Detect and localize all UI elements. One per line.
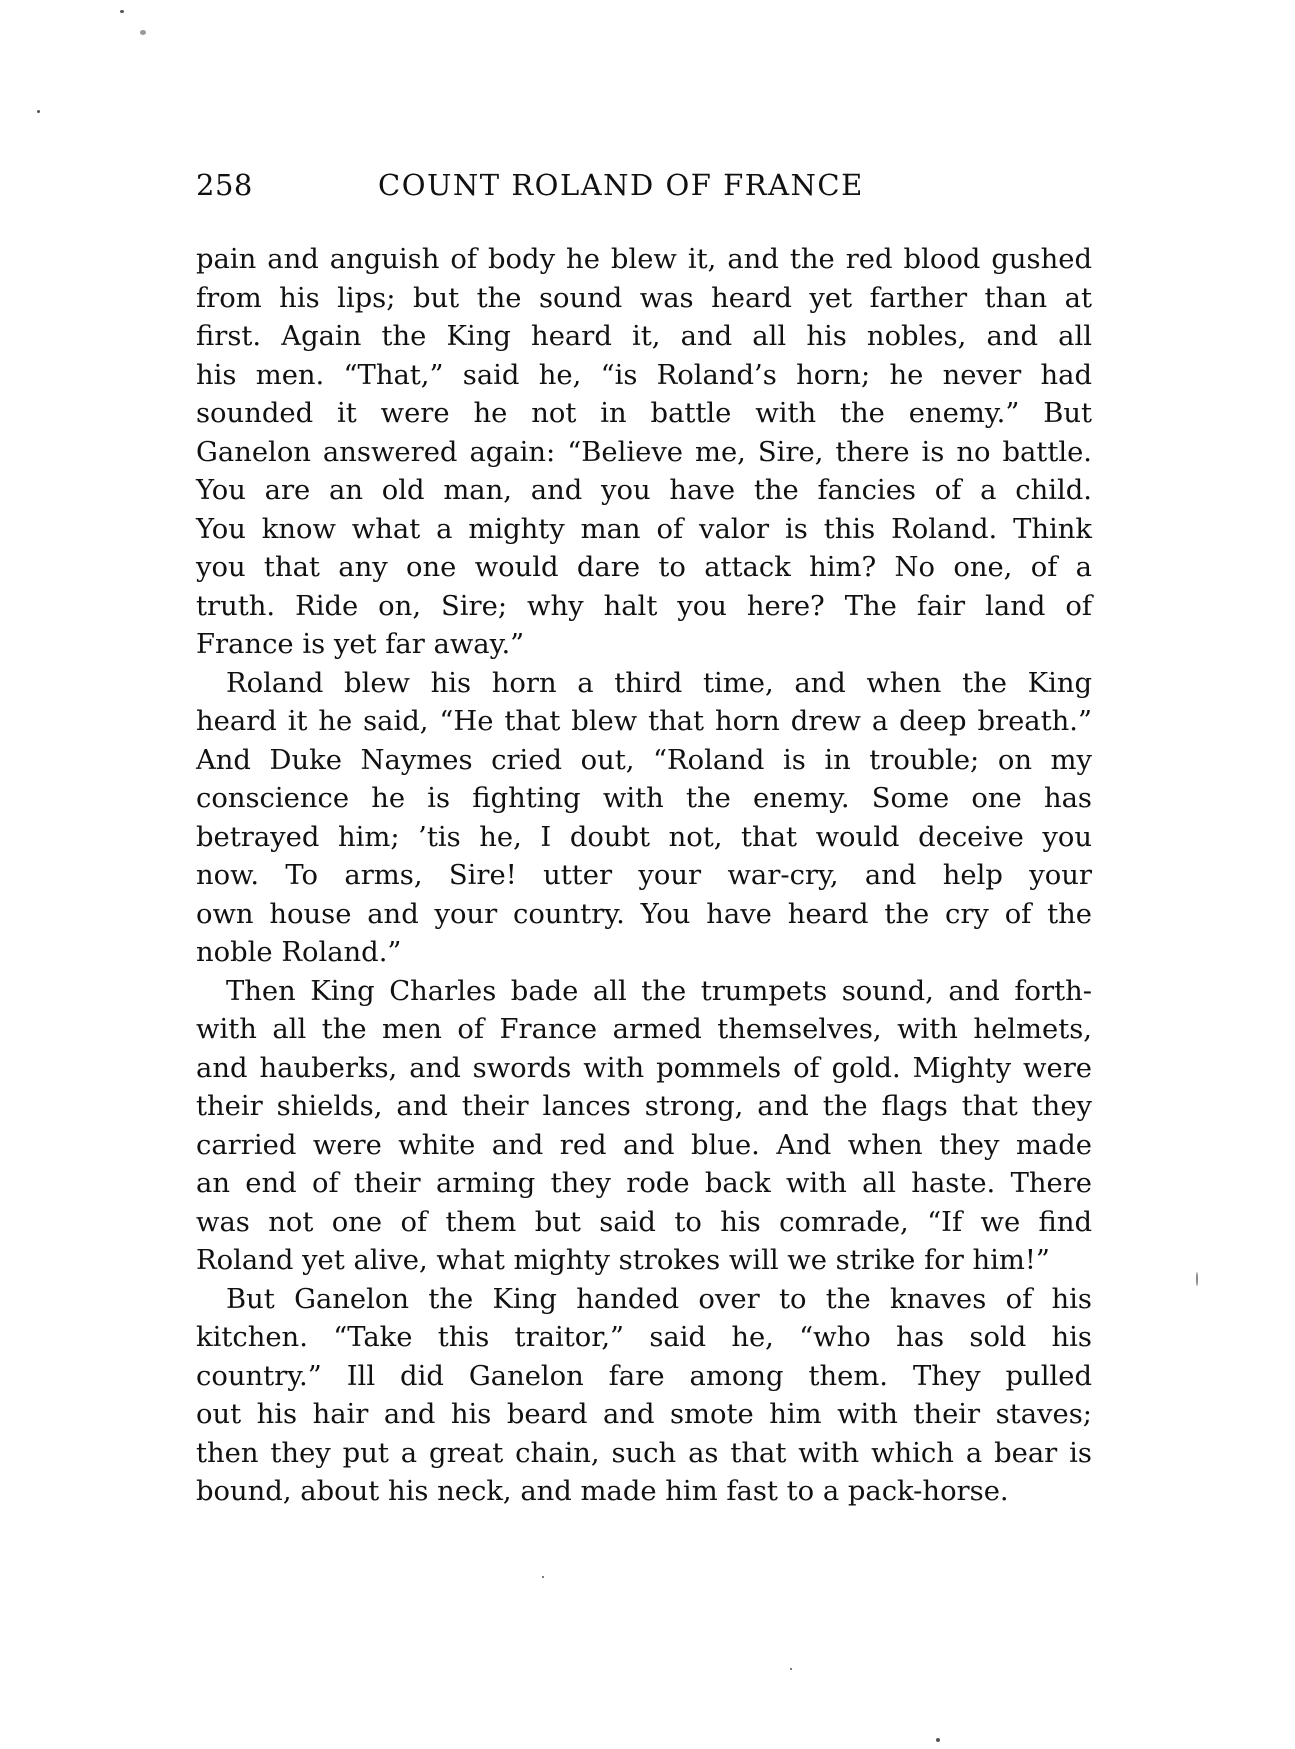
scan-speck (140, 30, 146, 35)
text-line: out his hair and his beard and smote him… (196, 1396, 1092, 1435)
text-line: country.” Ill did Ganelon fare among the… (196, 1358, 1092, 1397)
text-line: truth. Ride on, Sire; why halt you here?… (196, 588, 1092, 627)
text-line: betrayed him; ’tis he, I doubt not, that… (196, 819, 1092, 858)
text-line: from his lips; but the sound was heard y… (196, 280, 1092, 319)
text-line: heard it he said, “He that blew that hor… (196, 703, 1092, 742)
scan-speck (1196, 1272, 1198, 1286)
text-line: bound, about his neck, and made him fast… (196, 1473, 1092, 1512)
text-line: then they put a great chain, such as tha… (196, 1435, 1092, 1474)
text-line: own house and your country. You have hea… (196, 896, 1092, 935)
page-number: 258 (196, 168, 253, 202)
text-line: first. Again the King heard it, and all … (196, 318, 1092, 357)
text-line: But Ganelon the King handed over to the … (196, 1281, 1092, 1320)
text-line: You know what a mighty man of valor is t… (196, 511, 1092, 550)
text-line: Roland yet alive, what mighty strokes wi… (196, 1242, 1092, 1281)
page-body-text: pain and anguish of body he blew it, and… (196, 241, 1092, 1512)
text-line: you that any one would dare to attack hi… (196, 549, 1092, 588)
text-line: Ganelon answered again: “Believe me, Sir… (196, 434, 1092, 473)
book-page: 258 COUNT ROLAND OF FRANCE pain and angu… (0, 0, 1295, 1749)
text-line: kitchen. “Take this traitor,” said he, “… (196, 1319, 1092, 1358)
text-line: sounded it were he not in battle with th… (196, 395, 1092, 434)
text-line: their shields, and their lances strong, … (196, 1088, 1092, 1127)
text-line: his men. “That,” said he, “is Roland’s h… (196, 357, 1092, 396)
text-line: conscience he is fighting with the enemy… (196, 780, 1092, 819)
scan-speck (790, 1668, 792, 1670)
scan-speck (120, 10, 124, 13)
running-title: COUNT ROLAND OF FRANCE (378, 168, 864, 202)
text-line: And Duke Naymes cried out, “Roland is in… (196, 742, 1092, 781)
text-line: noble Roland.” (196, 934, 1092, 973)
scan-speck (936, 1738, 940, 1742)
text-line: You are an old man, and you have the fan… (196, 472, 1092, 511)
text-line: pain and anguish of body he blew it, and… (196, 241, 1092, 280)
text-line: with all the men of France armed themsel… (196, 1011, 1092, 1050)
page-header: 258 COUNT ROLAND OF FRANCE (196, 168, 1086, 208)
text-line: was not one of them but said to his comr… (196, 1204, 1092, 1243)
text-line: Roland blew his horn a third time, and w… (196, 665, 1092, 704)
text-line: and hauberks, and swords with pommels of… (196, 1050, 1092, 1089)
text-line: carried were white and red and blue. And… (196, 1127, 1092, 1166)
text-line: an end of their arming they rode back wi… (196, 1165, 1092, 1204)
text-line: now. To arms, Sire! utter your war-cry, … (196, 857, 1092, 896)
text-line: Then King Charles bade all the trumpets … (196, 973, 1092, 1012)
text-line: France is yet far away.” (196, 626, 1092, 665)
scan-speck (37, 110, 40, 113)
scan-speck (542, 1576, 544, 1578)
